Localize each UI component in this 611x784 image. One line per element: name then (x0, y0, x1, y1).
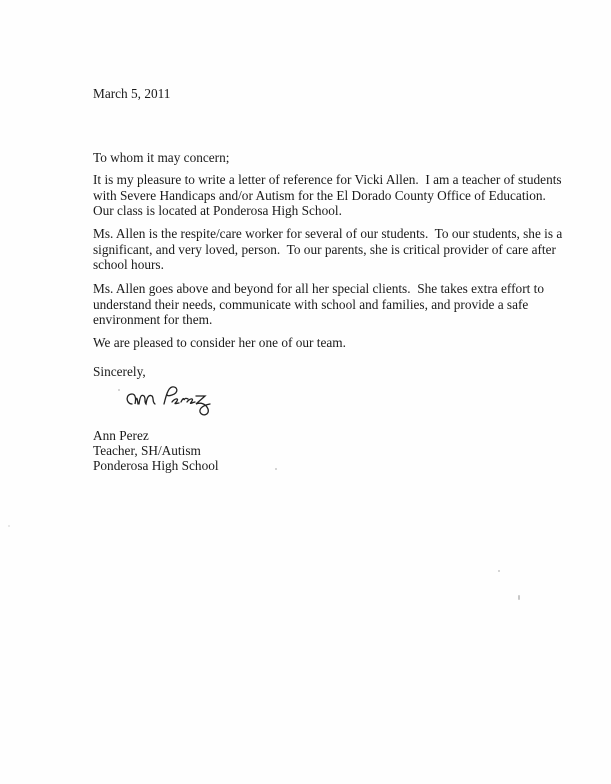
signer-title: Teacher, SH/Autism (93, 443, 201, 459)
scanned-letter-page: March 5, 2011 To whom it may concern; It… (0, 0, 611, 784)
scan-speck (118, 389, 120, 391)
signer-school: Ponderosa High School (93, 458, 219, 474)
paragraph-role: Ms. Allen is the respite/care worker for… (93, 226, 562, 273)
paragraph-intro: It is my pleasure to write a letter of r… (93, 172, 562, 219)
closing: Sincerely, (93, 364, 146, 380)
scan-speck (8, 525, 10, 527)
letter-date: March 5, 2011 (93, 86, 170, 102)
salutation: To whom it may concern; (93, 150, 229, 166)
paragraph-effort: Ms. Allen goes above and beyond for all … (93, 281, 544, 328)
signature-icon (122, 382, 252, 422)
signer-name: Ann Perez (93, 428, 149, 444)
scan-speck (518, 595, 520, 600)
paragraph-team: We are pleased to consider her one of ou… (93, 335, 346, 351)
scan-speck (498, 570, 500, 572)
scan-speck (275, 468, 277, 470)
